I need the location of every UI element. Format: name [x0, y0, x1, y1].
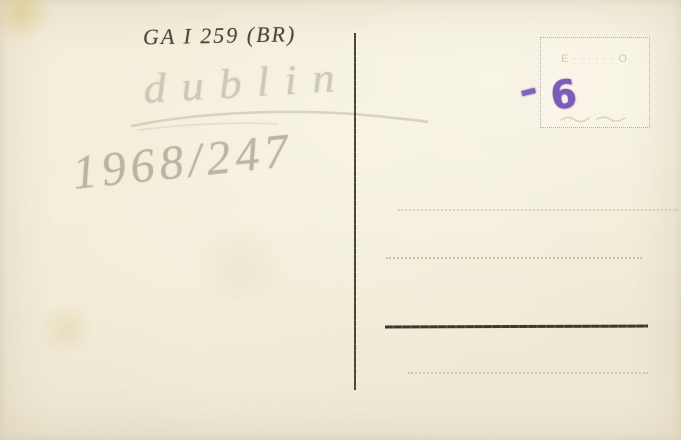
address-dotted-line-1 [398, 209, 678, 211]
handstamp-dash: - [514, 67, 543, 114]
paper-stain-top-left [0, 0, 56, 39]
address-dotted-line-3 [408, 372, 648, 374]
stamp-box-print: E······O [551, 53, 641, 65]
postcard-back: GA I 259 (BR) dublin 1968/247 E······O -… [0, 0, 681, 440]
paper-stain-bottom-left [34, 305, 98, 353]
address-solid-rule [385, 325, 648, 328]
paper-stain-center [180, 230, 300, 300]
pencil-caption: dublin [142, 46, 468, 114]
handstamp-number: 6 [548, 71, 579, 119]
address-dotted-line-2 [386, 257, 642, 259]
accession-number: 1968/247 [70, 119, 334, 201]
ink-reference-notation: GA I 259 (BR) [143, 20, 373, 51]
divider-line [354, 33, 356, 390]
